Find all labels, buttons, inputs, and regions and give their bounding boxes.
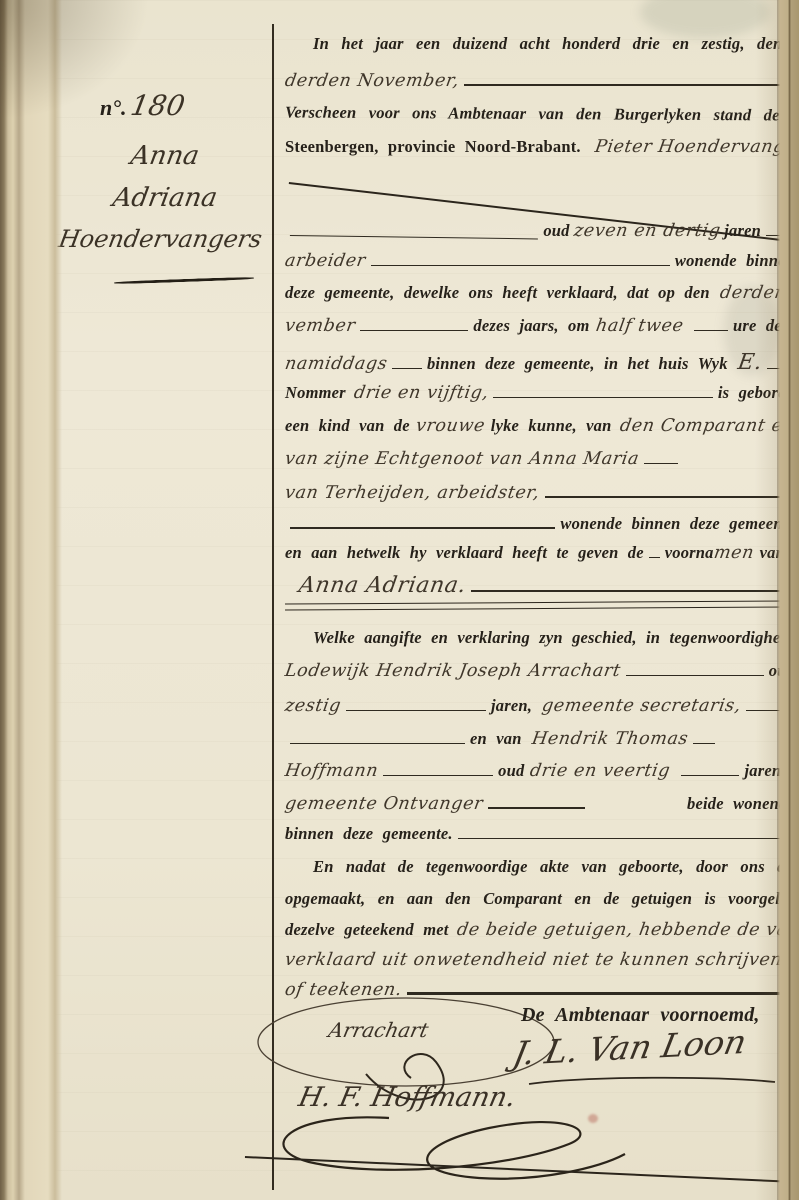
closing-line-2: opgemaakt, en aan den Comparant en de ge…: [285, 889, 795, 909]
official-signature: J. L. Van Loon: [510, 1022, 750, 1073]
hand-mother-b: van Terheijden, arbeidster,: [283, 483, 541, 503]
fill-rule: [471, 576, 790, 592]
fill-rule: [407, 978, 790, 995]
birth-certificate-page: n°. 180 Anna ⁄ Adriana Hoendervangers In…: [0, 0, 799, 1200]
declarant-age-line: oud zeven en dertig jaren: [285, 221, 795, 241]
fill-rule: [392, 354, 422, 369]
closing-line-4: verklaard uit onwetendheid niet te kunne…: [285, 950, 795, 970]
printed-kind-van: een kind van de: [285, 416, 410, 436]
witness2-age-line: Hoffmann oud drie en veertig jaren,: [285, 761, 795, 781]
occupation-line: arbeider wonende binnen: [285, 251, 795, 271]
printed-binnen-2: binnen deze gemeente.: [285, 824, 453, 844]
hand-mother-a: van zijne Echtgenoot van Anna Maria: [283, 449, 640, 469]
witness2-occupation-line: gemeente Ontvanger beide wonende: [285, 793, 795, 814]
closing-line-1: En nadat de tegenwoordige akte van geboo…: [285, 857, 795, 877]
witness1-line: Lodewijk Hendrik Joseph Arrachart oud: [285, 661, 795, 681]
hand-birthdate-b: vember: [283, 316, 357, 336]
gender-line: een kind van de vrouwe lyke kunne, van d…: [285, 416, 795, 436]
hand-occupation: arbeider: [283, 251, 367, 271]
fill-rule: [649, 543, 660, 558]
declaration-line: deze gemeente, dewelke ons heeft verklaa…: [285, 283, 795, 303]
witness1-age-line: zestig jaren, gemeente secretaris,: [285, 696, 795, 716]
fill-rule: [644, 449, 678, 464]
child-names-line: Anna Adriana.: [285, 573, 795, 598]
witness2-signature: H. F. Hoffmann.: [296, 1082, 519, 1113]
hand-gender: vrouwe: [414, 416, 486, 436]
printed-oud-3: oud: [498, 761, 524, 781]
hand-witness2-name-a: Hendrik Thomas: [530, 729, 689, 749]
printed-opening: In het jaar een duizend acht honderd dri…: [313, 34, 799, 54]
hand-child-names: Anna Adriana.: [283, 573, 468, 598]
fill-rule: [693, 729, 715, 744]
date-line: derden November,: [285, 70, 795, 91]
printed-dezes-jaars: dezes jaars, om: [473, 316, 589, 336]
hand-witness2-age: drie en veertig: [529, 761, 672, 781]
printed-oud: oud: [543, 221, 569, 241]
page-edge-strips: [0, 0, 62, 1200]
hand-date: derden November,: [283, 71, 460, 91]
printed-geven-de: en aan hetwelk hy verklaard heeft te gev…: [285, 543, 644, 563]
hand-witness1-occupation: gemeente secretaris,: [541, 696, 743, 716]
residence-line-3: binnen deze gemeente.: [285, 824, 795, 844]
act-body: In het jaar een duizend acht honderd dri…: [285, 0, 793, 1200]
witness1-signature: Arrachart: [326, 1018, 430, 1042]
binding-strip: [777, 0, 799, 1200]
appeared-line: Verscheen voor ons Ambtenaar van den Bur…: [285, 102, 795, 125]
witness2-intro-line: en van Hendrik Thomas: [285, 729, 795, 749]
double-rule: [285, 600, 795, 610]
printed-jaren-2: jaren,: [491, 696, 532, 716]
hand-daypart: namiddags: [283, 354, 388, 374]
fill-rule: [681, 761, 739, 776]
fill-rule: [493, 383, 712, 398]
hand-closing-2: verklaard uit onwetendheid niet te kunne…: [283, 950, 783, 970]
fill-rule: [346, 696, 486, 711]
hand-birth-time: half twee: [594, 316, 685, 336]
hand-witness1-name: Lodewijk Hendrik Joseph Arrachart: [283, 661, 622, 681]
hand-declarant-age: zeven en dertig: [572, 221, 722, 241]
printed-en-van: en van: [470, 729, 522, 749]
fill-rule: [464, 70, 790, 86]
margin-name-anna: Anna: [128, 141, 201, 171]
hand-house-number: drie en vijftig,: [352, 383, 490, 403]
give-names-line: en aan hetwelk hy verklaard heeft te gev…: [285, 543, 795, 563]
printed-witness-intro: Welke aangifte en verklaring zyn geschie…: [285, 628, 799, 648]
hand-closing-1: de beide getuigen, hebbende de vader: [455, 920, 799, 940]
corner-shadow: [0, 0, 150, 120]
mother-line-2: van Terheijden, arbeidster,: [285, 482, 795, 503]
printed-nommer: Nommer: [285, 383, 346, 403]
printed-closing-3: dezelve geteekend met: [285, 920, 449, 940]
margin-child-surname: Hoendervangers: [40, 225, 280, 253]
house-number-line: Nommer drie en vijftig, is geboren: [285, 383, 795, 403]
margin-name-adriana: Adriana: [110, 183, 219, 213]
printed-declared: deze gemeente, dewelke ons heeft verklaa…: [285, 283, 710, 303]
fill-rule: [383, 761, 493, 776]
fill-rule: [545, 482, 790, 498]
margin-child-middlename: Adriana: [62, 183, 267, 213]
fill-rule: [360, 316, 468, 331]
printed-huis-wyk: binnen deze gemeente, in het huis Wyk: [427, 354, 728, 374]
printed-voorna: voorna: [665, 543, 714, 563]
daypart-line: namiddags binnen deze gemeente, in het h…: [285, 350, 795, 375]
fill-rule: [290, 729, 465, 744]
printed-closing-2: opgemaakt, en aan den Comparant en de ge…: [285, 889, 799, 909]
municipality-line: Steenbergen, provincie Noord-Brabant. Pi…: [285, 137, 795, 157]
printed-municipality: Steenbergen, provincie Noord-Brabant.: [285, 137, 581, 157]
printed-appeared: Verscheen voor ons Ambtenaar van den Bur…: [285, 102, 799, 126]
mother-line-1: van zijne Echtgenoot van Anna Maria: [285, 449, 795, 469]
fill-rule: [694, 316, 728, 331]
opening-line-1: In het jaar een duizend acht honderd dri…: [285, 34, 795, 54]
margin-name-surname: Hoendervangers: [56, 225, 264, 253]
printed-closing-1: En nadat de tegenwoordige akte van geboo…: [285, 857, 799, 877]
signature-loop-flourish: [269, 1110, 629, 1188]
witness-intro-line: Welke aangifte en verklaring zyn geschie…: [285, 627, 795, 648]
hand-witness1-age: zestig: [283, 696, 342, 716]
gutter-shadow: [755, 0, 777, 1200]
margin-child-firstname: Anna: [62, 141, 267, 171]
hand-witness2-occupation: gemeente Ontvanger: [283, 794, 484, 814]
closing-line-3: dezelve geteekend met de beide getuigen,…: [285, 920, 795, 940]
residence-line-2: wonende binnen deze gemeente: [285, 513, 795, 534]
fill-rule: [488, 793, 585, 809]
margin-flourish-line: [114, 277, 254, 285]
fill-rule: [626, 661, 764, 676]
hand-witness2-name-b: Hoffmann: [283, 761, 379, 781]
fill-rule: [290, 221, 539, 239]
fill-rule: [458, 824, 790, 839]
witness2-signature-block: H. F. Hoffmann.: [269, 1082, 629, 1192]
hand-men: men: [712, 543, 755, 563]
fill-rule: [290, 513, 555, 529]
birthdate-line: vember dezes jaars, om half twee ure des: [285, 316, 795, 336]
fill-rule: [371, 251, 670, 266]
printed-kunne: lyke kunne, van: [491, 416, 612, 436]
